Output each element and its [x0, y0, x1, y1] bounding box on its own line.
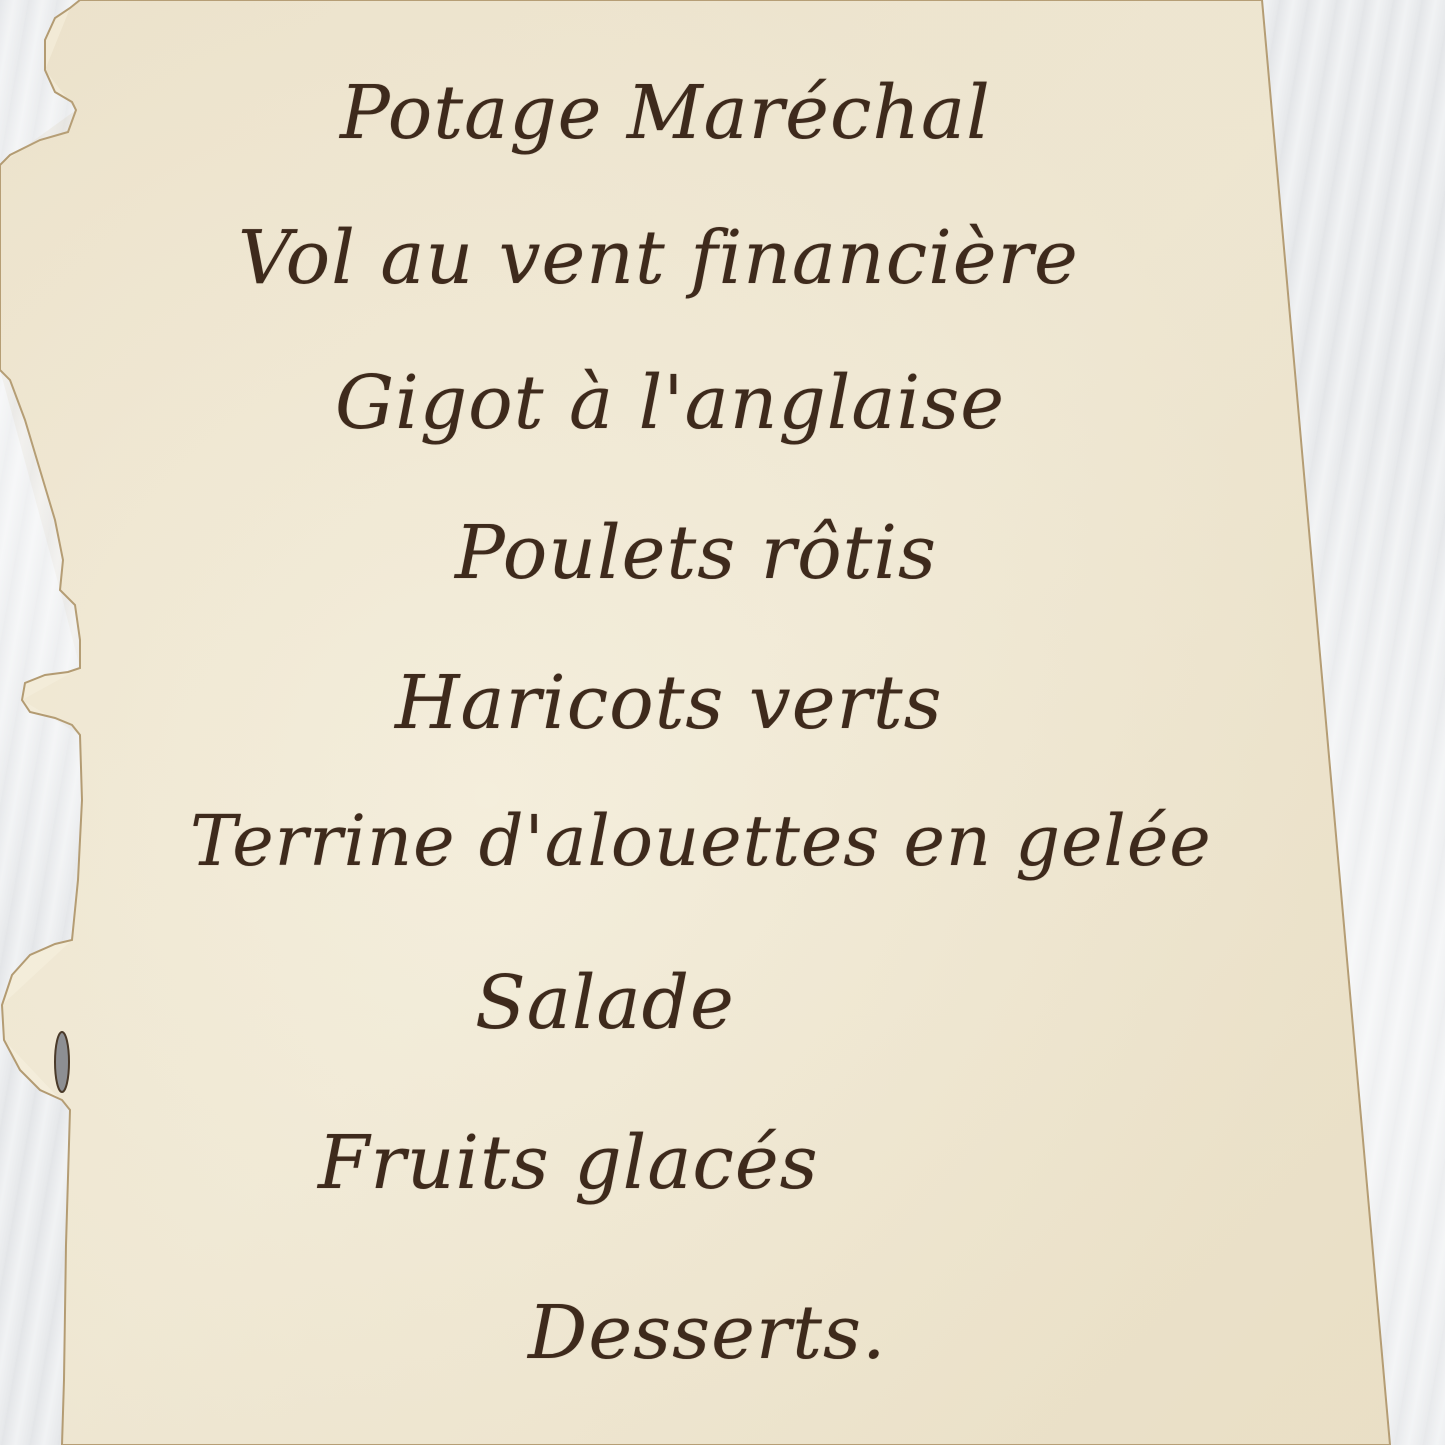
menu-item-haricots: Haricots verts	[395, 660, 943, 746]
menu-card: Potage Maréchal Vol au vent financière G…	[0, 0, 1445, 1445]
menu-item-vol-au-vent: Vol au vent financière	[238, 215, 1079, 301]
menu-item-fruits: Fruits glacés	[318, 1120, 819, 1206]
menu-item-terrine: Terrine d'alouettes en gelée	[190, 800, 1212, 882]
menu-item-desserts: Desserts.	[528, 1290, 886, 1376]
menu-item-potage: Potage Maréchal	[340, 70, 991, 156]
menu-items-list: Potage Maréchal Vol au vent financière G…	[0, 0, 1445, 1445]
menu-item-salade: Salade	[475, 960, 735, 1046]
menu-item-gigot: Gigot à l'anglaise	[335, 360, 1005, 446]
menu-item-poulets: Poulets rôtis	[455, 510, 937, 596]
